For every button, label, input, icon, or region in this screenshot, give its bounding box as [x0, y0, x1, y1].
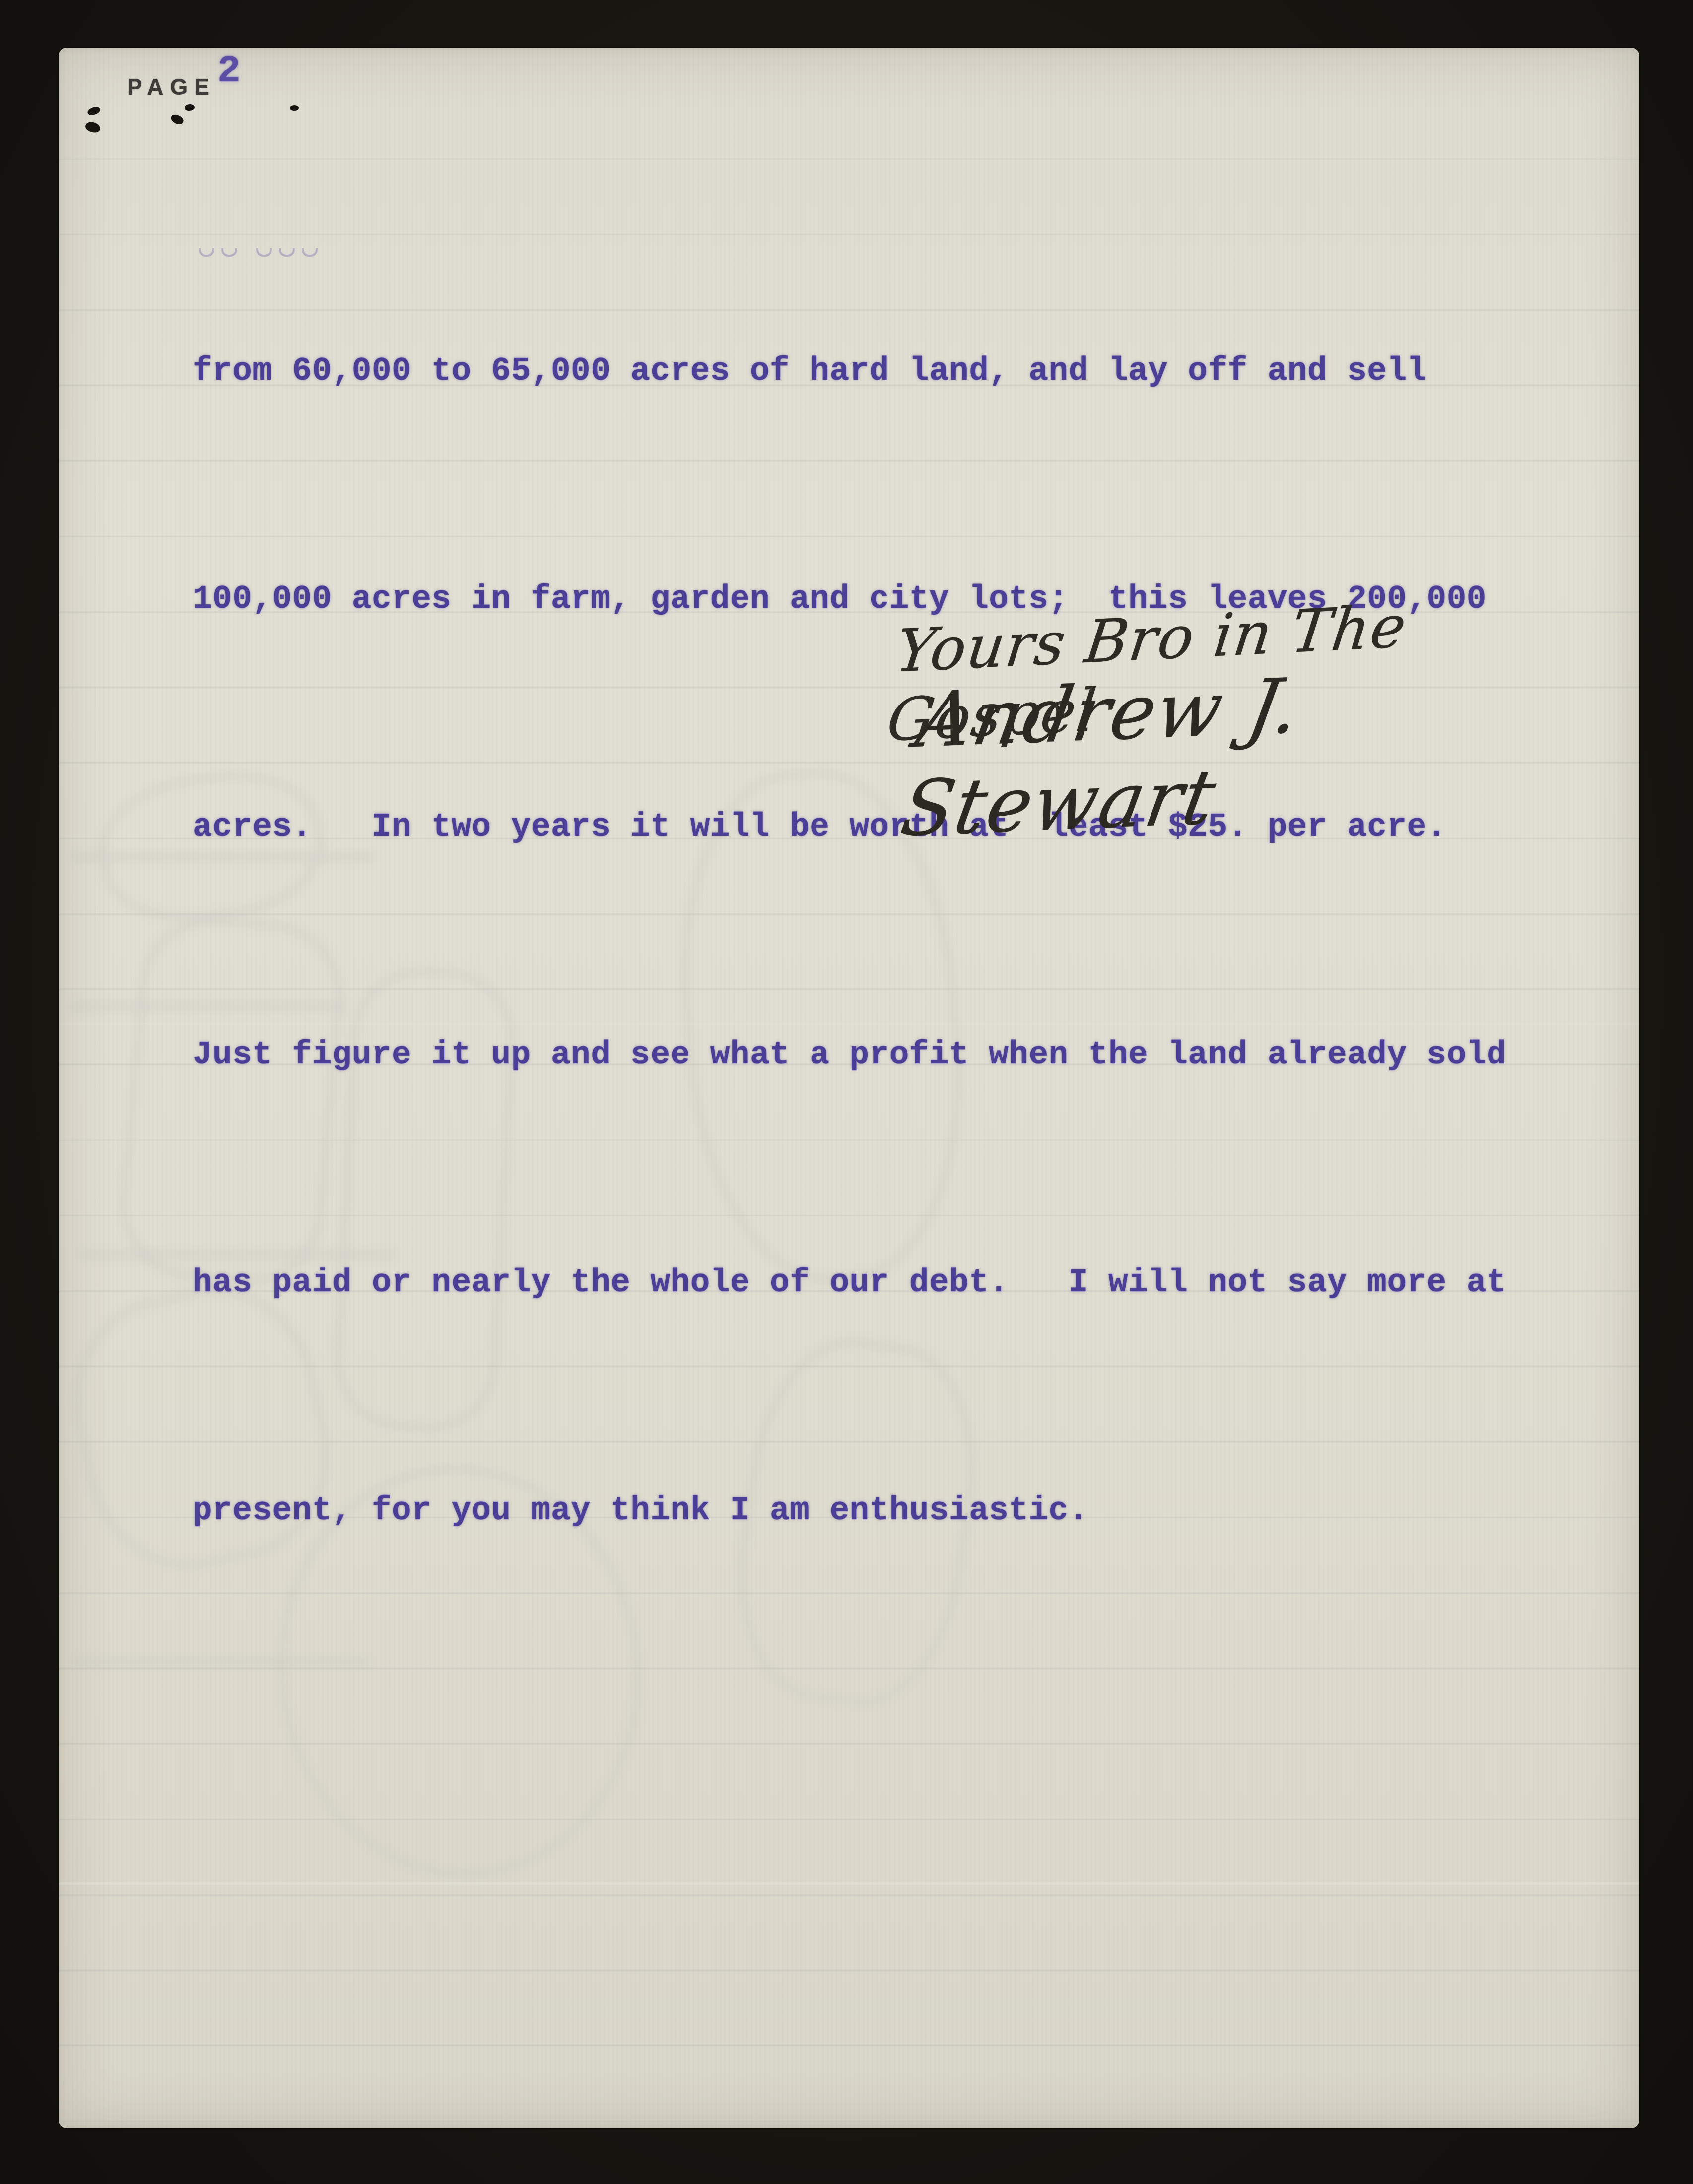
paper-crease: [59, 1883, 1639, 1884]
letter-paper: PAGE 2 from 60,000 to 65,000 acres of ha…: [59, 48, 1639, 2128]
typed-line-1: from 60,000 to 65,000 acres of hard land…: [193, 333, 1506, 409]
typed-line-6: present, for you may think I am enthusia…: [193, 1473, 1506, 1549]
signature-name: Andrew J. Stewart: [895, 649, 1639, 853]
page-stamp-label: PAGE: [127, 73, 216, 100]
typed-line-5: has paid or nearly the whole of our debt…: [193, 1245, 1506, 1321]
ink-spot: [290, 105, 299, 111]
page-number: 2: [217, 50, 241, 93]
letter-body: from 60,000 to 65,000 acres of hard land…: [193, 181, 1506, 1700]
scanned-letter-page: { "document": { "header": { "page_label"…: [0, 0, 1693, 2184]
typed-line-4: Just figure it up and see what a profit …: [193, 1017, 1506, 1093]
